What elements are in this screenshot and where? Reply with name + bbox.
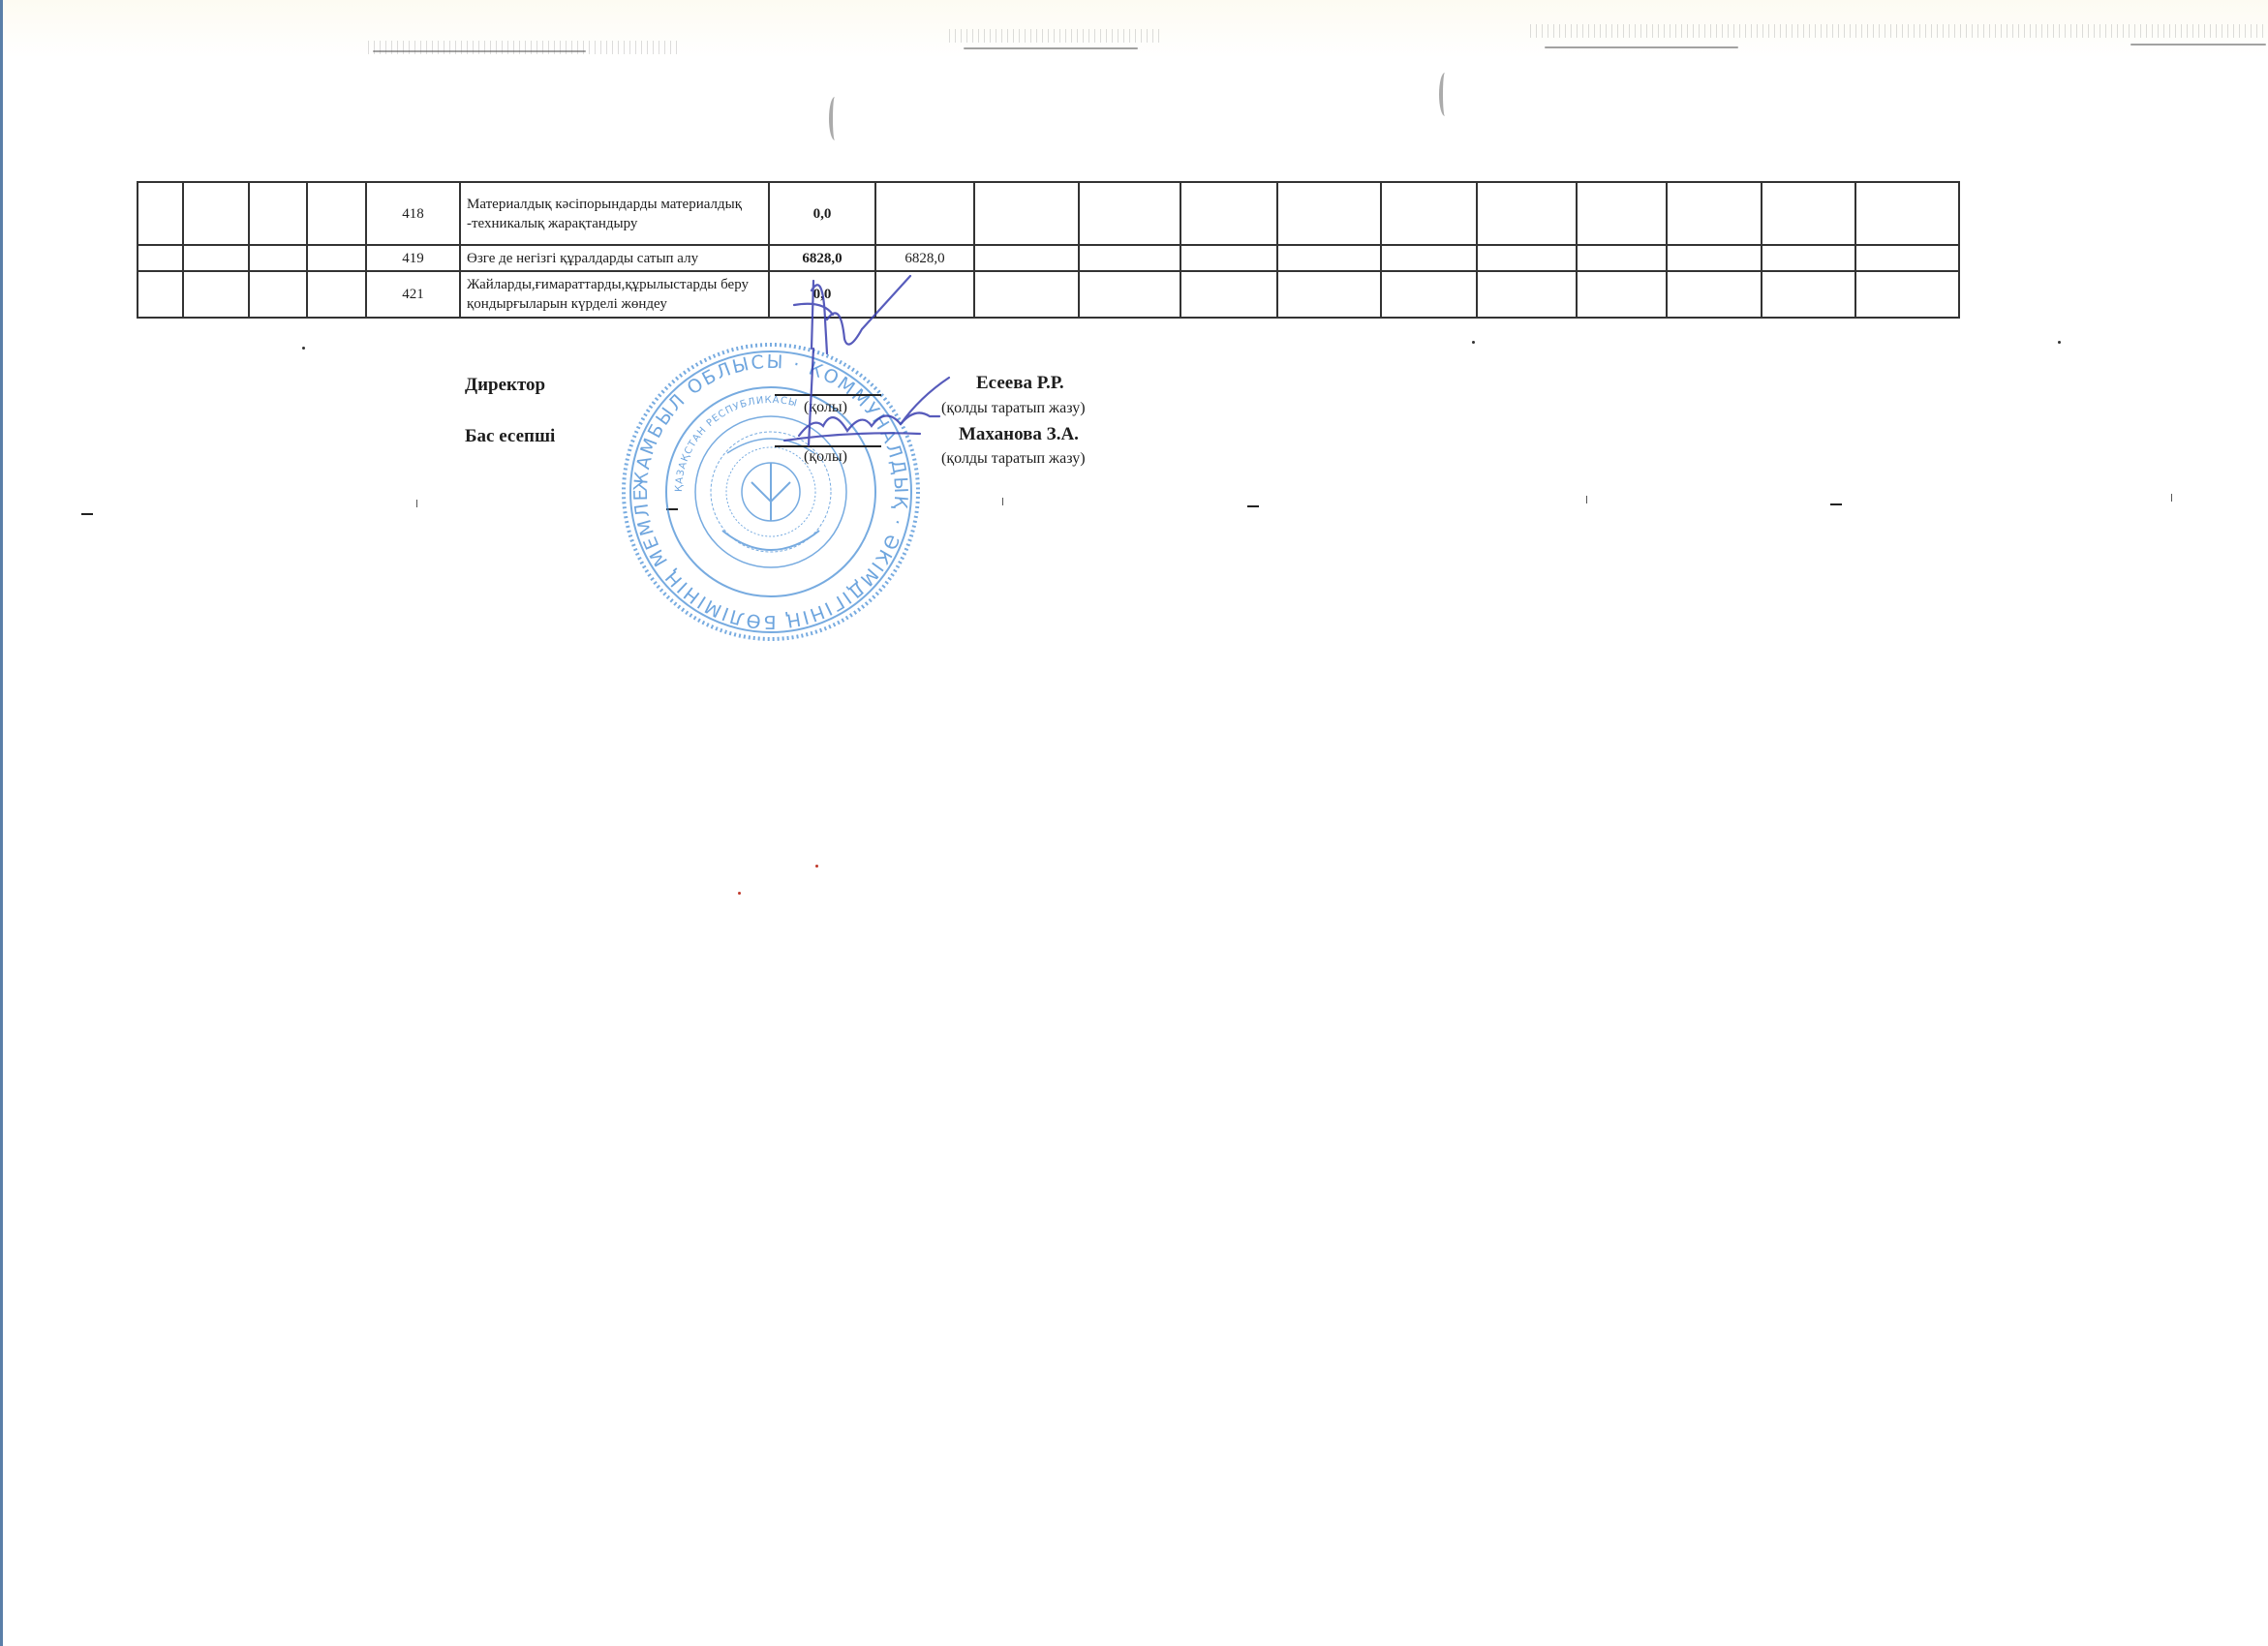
table-cell	[183, 245, 249, 271]
value-cell	[875, 182, 974, 245]
program-code: 418	[366, 182, 460, 245]
value-cell	[974, 271, 1079, 318]
value-cell	[1277, 182, 1381, 245]
chief-accountant-label: Бас есепші	[465, 426, 555, 447]
value-cell	[1762, 271, 1855, 318]
value-cell	[1277, 245, 1381, 271]
scan-artifact	[1545, 46, 1738, 48]
value-cell	[1667, 271, 1762, 318]
value-cell	[974, 182, 1079, 245]
scan-artifact	[1830, 503, 1842, 505]
value-cell	[1477, 271, 1577, 318]
value-cell	[1477, 245, 1577, 271]
value-cell	[1180, 245, 1277, 271]
value-cell	[1079, 271, 1180, 318]
table-cell	[183, 271, 249, 318]
table-cell	[307, 271, 366, 318]
value-cell	[1762, 245, 1855, 271]
scan-edge	[0, 0, 3, 1646]
director-signature-line	[775, 394, 881, 396]
total-value: 0,0	[769, 271, 875, 318]
value-cell	[1180, 271, 1277, 318]
program-description: Жайларды,ғимараттарды,құрылыстарды беру …	[460, 271, 769, 318]
scan-artifact	[1002, 498, 1003, 505]
scan-artifact	[81, 513, 93, 515]
value-cell	[1855, 245, 1959, 271]
table-cell	[138, 182, 183, 245]
svg-text:ҚАЗАҚСТАН РЕСПУБЛИКАСЫ: ҚАЗАҚСТАН РЕСПУБЛИКАСЫ	[674, 395, 799, 492]
scan-artifact	[1530, 24, 2266, 38]
value-cell	[1180, 182, 1277, 245]
value-cell	[974, 245, 1079, 271]
program-description: Өзге де негізгі құралдарды сатып алу	[460, 245, 769, 271]
scan-artifact	[1472, 341, 1475, 344]
value-cell	[1762, 182, 1855, 245]
chief-accountant-name: Маханова З.А.	[959, 424, 1079, 445]
scan-artifact	[949, 29, 1162, 43]
stamp-inner-text: ҚАЗАҚСТАН РЕСПУБЛИКАСЫ	[674, 395, 799, 492]
table-cell	[183, 182, 249, 245]
director-name: Есеева Р.Р.	[976, 373, 1064, 394]
official-round-seal-icon: ЖАМБЫЛ ОБЛЫСЫ · КОММУНАЛДЫҚ · ӘКІМДІГІНІ…	[616, 337, 926, 647]
scan-artifact	[964, 47, 1138, 49]
value-cell	[1577, 245, 1667, 271]
punch-hole-mark	[829, 97, 841, 140]
scan-artifact	[2130, 44, 2266, 46]
program-code: 421	[366, 271, 460, 318]
value-cell	[1381, 182, 1477, 245]
table-row: 421 Жайларды,ғимараттарды,құрылыстарды б…	[138, 271, 1959, 318]
program-code: 419	[366, 245, 460, 271]
value-cell	[1855, 271, 1959, 318]
program-description: Материалдық кәсіпорындарды материалдық -…	[460, 182, 769, 245]
table-cell	[307, 182, 366, 245]
scan-artifact	[1247, 505, 1259, 507]
scan-artifact	[738, 892, 741, 895]
chief-accountant-signature-line	[775, 445, 881, 447]
total-value: 6828,0	[769, 245, 875, 271]
punch-hole-mark	[1439, 73, 1451, 116]
table-row: 418 Материалдық кәсіпорындарды материалд…	[138, 182, 1959, 245]
table-cell	[307, 245, 366, 271]
value-cell	[1667, 245, 1762, 271]
scan-artifact	[302, 347, 305, 350]
table-cell	[249, 245, 307, 271]
value-cell	[1079, 182, 1180, 245]
table-cell	[249, 271, 307, 318]
value-cell	[1381, 271, 1477, 318]
value-cell	[1477, 182, 1577, 245]
value-cell	[1381, 245, 1477, 271]
director-sign-caption: (қолы)	[804, 399, 847, 416]
scan-artifact	[2058, 341, 2061, 344]
scan-artifact	[373, 50, 586, 52]
scan-artifact	[815, 865, 818, 868]
value-cell: 6828,0	[875, 245, 974, 271]
table-cell	[249, 182, 307, 245]
value-cell	[875, 271, 974, 318]
value-cell	[1667, 182, 1762, 245]
scan-artifact	[1586, 496, 1587, 503]
value-cell	[1855, 182, 1959, 245]
table-cell	[138, 271, 183, 318]
scan-artifact	[416, 500, 417, 507]
value-cell	[1079, 245, 1180, 271]
value-cell	[1577, 271, 1667, 318]
director-label: Директор	[465, 375, 545, 396]
table-row: 419 Өзге де негізгі құралдарды сатып алу…	[138, 245, 1959, 271]
svg-text:ЖАМБЫЛ ОБЛЫСЫ · КОММУНАЛДЫҚ ·: ЖАМБЫЛ ОБЛЫСЫ · КОММУНАЛДЫҚ · ӘКІМДІГІНІ…	[616, 337, 911, 632]
scan-artifact	[2171, 494, 2172, 502]
director-name-caption: (қолды таратып жазу)	[941, 400, 1086, 417]
value-cell	[1577, 182, 1667, 245]
chief-accountant-sign-caption: (қолы)	[804, 448, 847, 466]
stamp-outer-text: ЖАМБЫЛ ОБЛЫСЫ · КОММУНАЛДЫҚ · ӘКІМДІГІНІ…	[616, 337, 911, 632]
table-cell	[138, 245, 183, 271]
budget-table: 418 Материалдық кәсіпорындарды материалд…	[137, 181, 1960, 319]
total-value: 0,0	[769, 182, 875, 245]
chief-accountant-name-caption: (қолды таратып жазу)	[941, 450, 1086, 468]
value-cell	[1277, 271, 1381, 318]
